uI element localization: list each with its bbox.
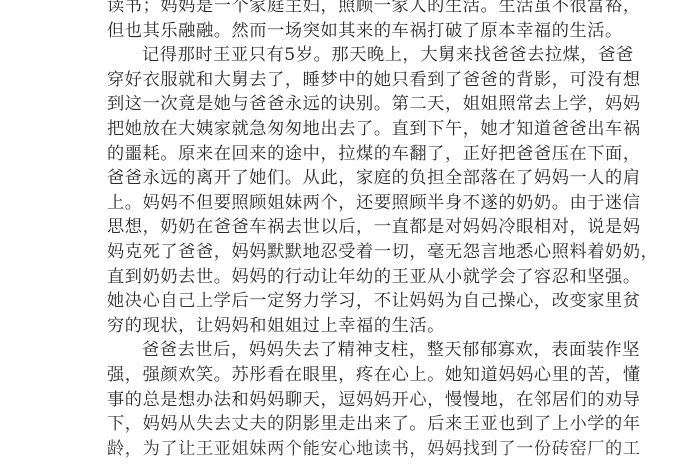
text-line: 的噩耗。原来在回来的途中，拉煤的车翻了，正好把爸爸压在下面， [107, 142, 597, 167]
text-line: 强，强颜欢笑。苏彤看在眼里，疼在心上。她知道妈妈心里的苦，懂 [107, 363, 597, 388]
text-line: 妈克死了爸爸，妈妈默默地忍受着一切，毫无怨言地悉心照料着奶奶， [107, 240, 597, 265]
text-line: 穷的现状，让妈妈和姐姐过上幸福的生活。 [107, 314, 597, 339]
text-line: 到这一次竟是她与爸爸永远的诀别。第二天，姐姐照常去上学，妈妈 [107, 92, 597, 117]
text-line: 爸爸永远的离开了她们。从此，家庭的负担全部落在了妈妈一人的肩 [107, 166, 597, 191]
text-line: 把她放在大姨家就急匆匆地出去了。直到下午，她才知道爸爸出车祸 [107, 117, 597, 142]
text-line: 但也其乐融融。然而一场突如其来的车祸打破了原本幸福的生活。 [107, 19, 597, 44]
text-line: 直到奶奶去世。妈妈的行动让年幼的王亚从小就学会了容忍和坚强。 [107, 265, 597, 290]
article-body: 读书；妈妈是一个家庭主妇，照顾一家人的生活。生活虽不很富裕， 但也其乐融融。然而… [107, 0, 597, 461]
paragraph-start-line: 记得那时王亚只有5岁。那天晚上，大舅来找爸爸去拉煤，爸爸 [107, 43, 597, 68]
text-line: 读书；妈妈是一个家庭主妇，照顾一家人的生活。生活虽不很富裕， [107, 0, 597, 19]
text-line: 她决心自己上学后一定努力学习，不让妈妈为自己操心，改变家里贫 [107, 289, 597, 314]
text-line: 穿好衣服就和大舅去了，睡梦中的她只看到了爸爸的背影，可没有想 [107, 68, 597, 93]
text-line: 下，妈妈从失去丈夫的阴影里走出来了。后来王亚也到了上小学的年 [107, 412, 597, 437]
paragraph-start-line: 爸爸去世后，妈妈失去了精神支柱，整天郁郁寡欢，表面装作坚 [107, 338, 597, 363]
text-line: 事的总是想办法和妈妈聊天，逗妈妈开心，慢慢地，在邻居们的劝导 [107, 388, 597, 413]
text-line-cut-off: 龄，为了让王亚姐妹两个能安心地读书，妈妈找到了一份砖窑厂的工 [107, 437, 597, 462]
text-line: 上。妈妈不但要照顾姐妹两个，还要照顾半身不遂的奶奶。由于迷信 [107, 191, 597, 216]
document-page: 读书；妈妈是一个家庭主妇，照顾一家人的生活。生活虽不很富裕， 但也其乐融融。然而… [0, 0, 700, 470]
text-line: 思想，奶奶在爸爸车祸去世以后，一直都是对妈妈冷眼相对，说是妈 [107, 215, 597, 240]
